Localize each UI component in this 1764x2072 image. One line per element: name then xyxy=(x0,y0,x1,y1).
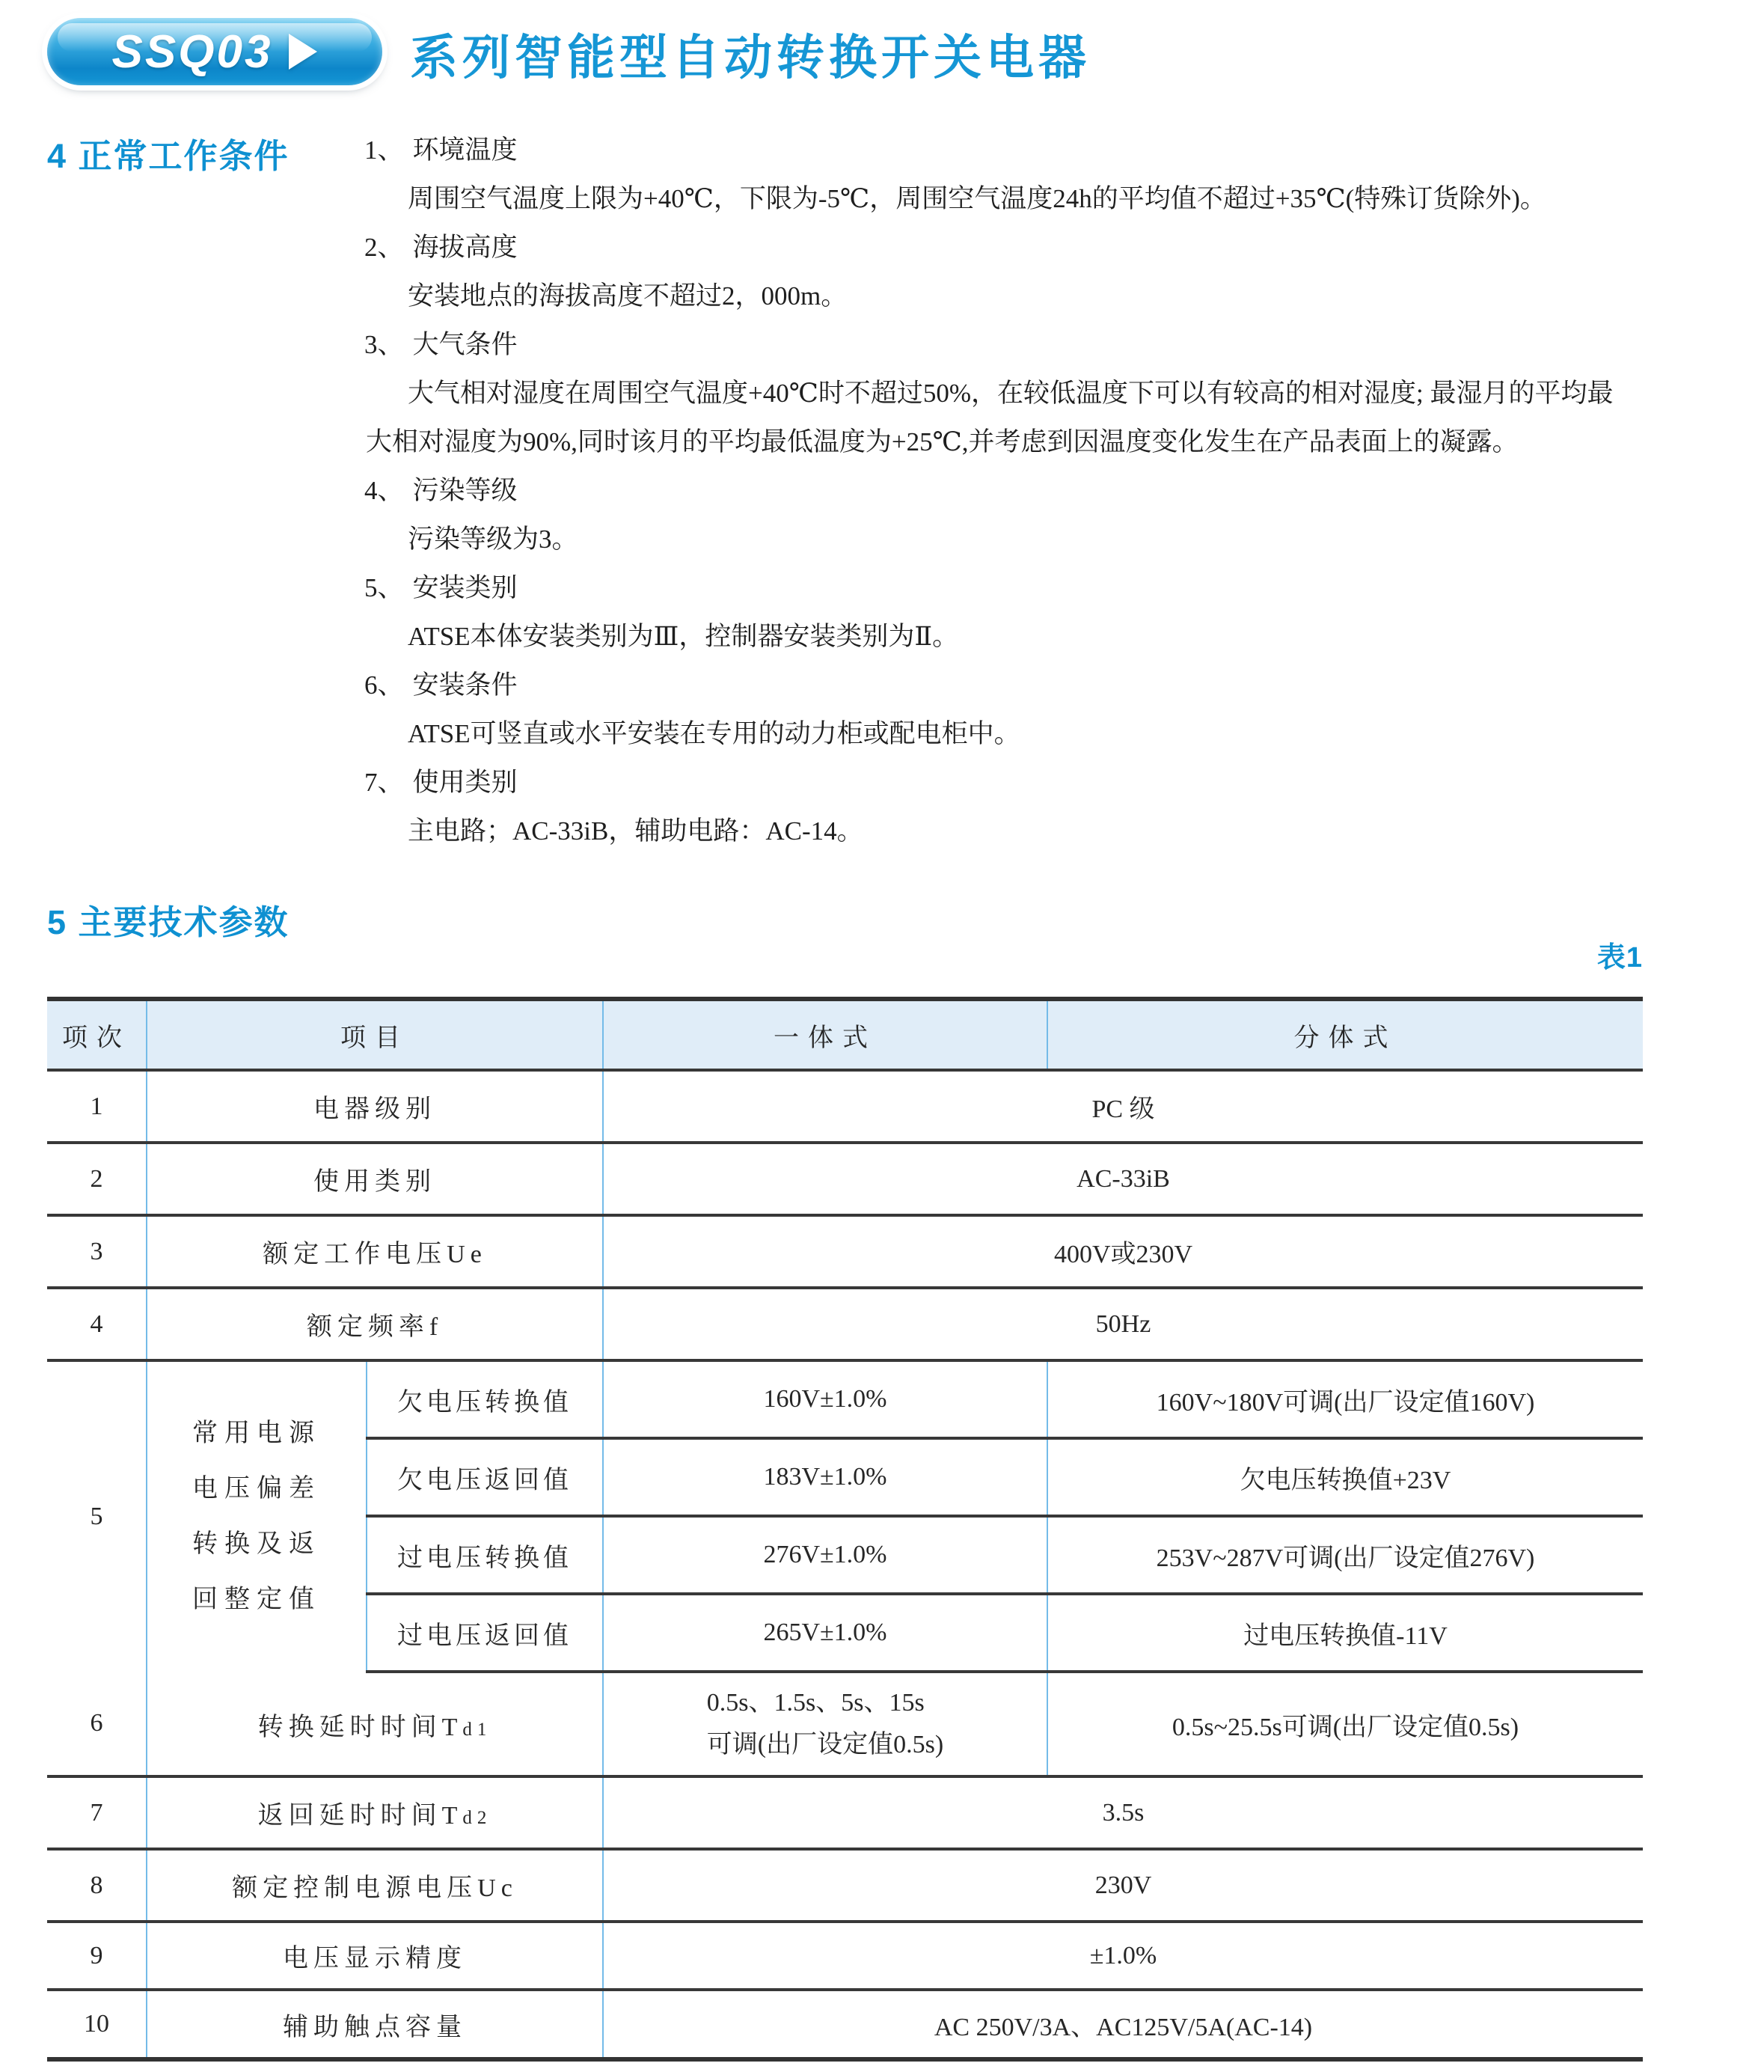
condition-number: 3、 xyxy=(364,330,404,359)
value-cell: 50Hz xyxy=(603,1288,1643,1360)
row-number-cell: 8 xyxy=(47,1849,147,1922)
condition-item-7: 7、使用类别 xyxy=(364,758,1614,807)
row-number-cell: 7 xyxy=(47,1776,147,1849)
working-conditions-list: 1、环境温度 周围空气温度上限为+40℃，下限为-5℃，周围空气温度24h的平均… xyxy=(364,126,1614,855)
sub-item-cell: 过电压转换值 xyxy=(367,1516,603,1594)
integrated-value-cell: 265V±1.0% xyxy=(603,1594,1047,1672)
split-value-cell: 欠电压转换值+23V xyxy=(1047,1438,1643,1516)
group-label-line: 电压偏差 xyxy=(147,1461,366,1517)
item-name-cell: 转换延时时间Td1 xyxy=(147,1672,603,1776)
row-number-cell: 3 xyxy=(47,1215,147,1288)
condition-number: 7、 xyxy=(364,768,404,797)
col-header-item: 项目 xyxy=(147,999,603,1070)
condition-title: 海拔高度 xyxy=(413,233,518,262)
condition-title: 大气条件 xyxy=(413,330,518,359)
item-name-cell: 辅助触点容量 xyxy=(147,1990,603,2059)
item-name-cell: 额定控制电源电压Uc xyxy=(147,1849,603,1922)
play-arrow-icon xyxy=(289,34,317,70)
page-title: 系列智能型自动转换开关电器 xyxy=(410,19,1091,88)
condition-item-2: 2、海拔高度 xyxy=(364,223,1614,272)
sub-item-cell: 欠电压转换值 xyxy=(367,1360,603,1438)
table-row: 9 电压显示精度 ±1.0% xyxy=(47,1922,1643,1990)
condition-number: 5、 xyxy=(364,573,404,602)
condition-title: 使用类别 xyxy=(413,768,518,797)
table-row: 4 额定频率f 50Hz xyxy=(47,1288,1643,1360)
item-name-main: 转换延时时间T xyxy=(258,1714,463,1741)
value-cell: 230V xyxy=(603,1849,1643,1922)
condition-text: 大气相对湿度在周围空气温度+40℃时不超过50%，在较低温度下可以有较高的相对湿… xyxy=(364,369,1614,418)
condition-number: 4、 xyxy=(364,476,404,505)
condition-item-6: 6、安装条件 xyxy=(364,661,1614,709)
integrated-value-cell: 183V±1.0% xyxy=(603,1438,1047,1516)
row-number-cell: 9 xyxy=(47,1922,147,1990)
table-row: 8 额定控制电源电压Uc 230V xyxy=(47,1849,1643,1922)
table-row: 3 额定工作电压Ue 400V或230V xyxy=(47,1215,1643,1288)
group-label-line: 常用电源 xyxy=(147,1406,366,1461)
table-header-row: 项次 项目 一体式 分体式 xyxy=(47,999,1643,1070)
item-name-cell: 电器级别 xyxy=(147,1070,603,1143)
item-name-cell: 额定工作电压Ue xyxy=(147,1215,603,1288)
split-value-cell: 253V~287V可调(出厂设定值276V) xyxy=(1047,1516,1643,1594)
integrated-value-line: 0.5s、1.5s、5s、15s xyxy=(707,1682,943,1724)
row-number-cell: 1 xyxy=(47,1070,147,1143)
condition-item-3: 3、大气条件 xyxy=(364,320,1614,369)
integrated-value-block: 0.5s、1.5s、5s、15s 可调(出厂设定值0.5s) xyxy=(707,1682,943,1766)
condition-text: ATSE本体安装类别为Ⅲ，控制器安装类别为Ⅱ。 xyxy=(364,612,1614,661)
condition-item-1: 1、环境温度 xyxy=(364,126,1614,174)
condition-number: 6、 xyxy=(364,670,404,700)
sub-item-cell: 过电压返回值 xyxy=(367,1594,603,1672)
group-label-line: 回整定值 xyxy=(147,1572,366,1628)
item-name-cell: 额定频率f xyxy=(147,1288,603,1360)
condition-item-4: 4、污染等级 xyxy=(364,466,1614,515)
condition-title: 安装条件 xyxy=(413,670,518,700)
value-cell: 3.5s xyxy=(603,1776,1643,1849)
condition-text: 污染等级为3。 xyxy=(364,515,1614,563)
product-series-badge: SSQ03 xyxy=(47,18,382,85)
condition-text: 安装地点的海拔高度不超过2，000m。 xyxy=(364,272,1614,320)
condition-text: 周围空气温度上限为+40℃，下限为-5℃，周围空气温度24h的平均值不超过+35… xyxy=(364,174,1614,223)
integrated-value-cell: 276V±1.0% xyxy=(603,1516,1047,1594)
table-row: 2 使用类别 AC-33iB xyxy=(47,1143,1643,1215)
table-caption: 表1 xyxy=(47,934,1643,975)
condition-text: ATSE可竖直或水平安装在专用的动力柜或配电柜中。 xyxy=(364,709,1614,758)
split-value-cell: 0.5s~25.5s可调(出厂设定值0.5s) xyxy=(1047,1672,1643,1776)
col-header-split: 分体式 xyxy=(1047,999,1643,1070)
spec-table: 项次 项目 一体式 分体式 1 电器级别 PC 级 2 使用类别 AC-33iB… xyxy=(47,997,1643,2062)
condition-item-5: 5、安装类别 xyxy=(364,563,1614,612)
value-cell: AC-33iB xyxy=(603,1143,1643,1215)
col-header-integrated: 一体式 xyxy=(603,999,1047,1070)
value-cell: AC 250V/3A、AC125V/5A(AC-14) xyxy=(603,1990,1643,2059)
row-number-cell: 5 xyxy=(47,1360,147,1672)
item-name-cell: 电压显示精度 xyxy=(147,1922,603,1990)
row-number-cell: 4 xyxy=(47,1288,147,1360)
condition-number: 1、 xyxy=(364,135,404,165)
integrated-value-cell: 160V±1.0% xyxy=(603,1360,1047,1438)
item-name-subscript: d1 xyxy=(462,1720,491,1740)
table-row: 1 电器级别 PC 级 xyxy=(47,1070,1643,1143)
section4-heading: 4 正常工作条件 xyxy=(47,129,290,177)
value-cell: 400V或230V xyxy=(603,1215,1643,1288)
sub-item-cell: 欠电压返回值 xyxy=(367,1438,603,1516)
condition-number: 2、 xyxy=(364,233,404,262)
value-cell: ±1.0% xyxy=(603,1922,1643,1990)
item-name-subscript: d2 xyxy=(462,1808,491,1828)
group-label-line: 转换及返 xyxy=(147,1517,366,1572)
condition-text: 主电路；AC-33iB，辅助电路：AC-14。 xyxy=(364,807,1614,855)
row-number-cell: 2 xyxy=(47,1143,147,1215)
condition-title: 环境温度 xyxy=(413,135,518,165)
group-label-cell: 常用电源 电压偏差 转换及返 回整定值 xyxy=(147,1360,367,1672)
col-header-index: 项次 xyxy=(47,999,147,1070)
row-number-cell: 10 xyxy=(47,1990,147,2059)
table-row: 7 返回延时时间Td2 3.5s xyxy=(47,1776,1643,1849)
item-name-cell: 返回延时时间Td2 xyxy=(147,1776,603,1849)
value-cell: PC 级 xyxy=(603,1070,1643,1143)
table-row-5-sub-1: 5 常用电源 电压偏差 转换及返 回整定值 欠电压转换值 160V±1.0% 1… xyxy=(47,1360,1643,1438)
condition-text: 大相对湿度为90%,同时该月的平均最低温度为+25℃,并考虑到因温度变化发生在产… xyxy=(364,418,1614,466)
condition-title: 安装类别 xyxy=(413,573,518,602)
item-name-main: 返回延时时间T xyxy=(258,1802,463,1830)
integrated-value-line: 可调(出厂设定值0.5s) xyxy=(707,1724,943,1766)
split-value-cell: 160V~180V可调(出厂设定值160V) xyxy=(1047,1360,1643,1438)
integrated-value-cell: 0.5s、1.5s、5s、15s 可调(出厂设定值0.5s) xyxy=(603,1672,1047,1776)
condition-title: 污染等级 xyxy=(413,476,518,505)
table-row: 10 辅助触点容量 AC 250V/3A、AC125V/5A(AC-14) xyxy=(47,1990,1643,2059)
table-row: 6 转换延时时间Td1 0.5s、1.5s、5s、15s 可调(出厂设定值0.5… xyxy=(47,1672,1643,1776)
catalog-page: SSQ03 系列智能型自动转换开关电器 4 正常工作条件 1、环境温度 周围空气… xyxy=(0,0,1764,2072)
badge-label: SSQ03 xyxy=(112,25,273,79)
split-value-cell: 过电压转换值-11V xyxy=(1047,1594,1643,1672)
item-name-cell: 使用类别 xyxy=(147,1143,603,1215)
row-number-cell: 6 xyxy=(47,1672,147,1776)
